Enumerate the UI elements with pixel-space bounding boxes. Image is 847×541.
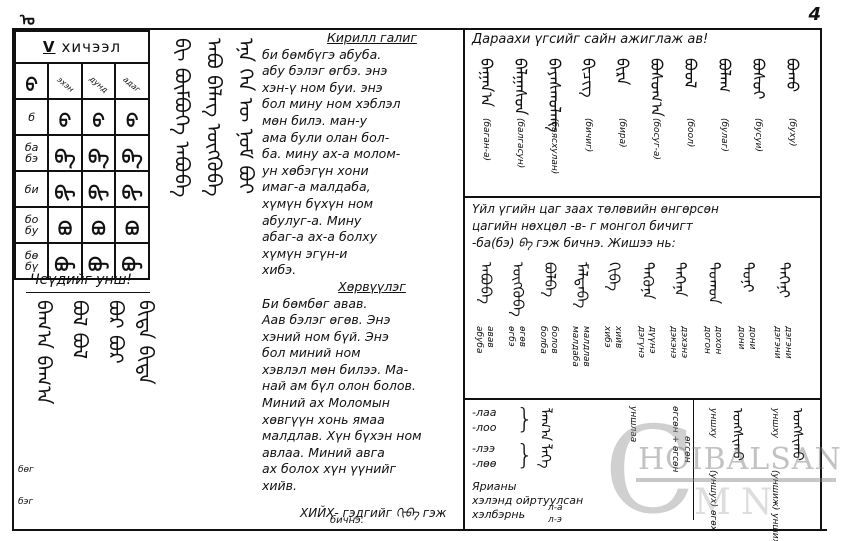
words-panel-title: Дараахи үгсийг сайн ажиглаж ав! [472,32,708,47]
example-original: малдаба [570,326,580,367]
reading-column: ᠪᠢᠳᠡ ᠪᠢᠳᠡ [136,300,156,525]
text-line: ба. мину ах-а молом- [262,146,462,163]
glyph-medial: ᠪ [92,111,104,132]
text-line: хүмүн эгүн-и [262,246,462,263]
watermark-bar [636,478,836,482]
example-original: дэкэнэ [668,326,678,358]
glyph-medial: ᠪᠣ [91,219,105,240]
suffix: -лаа [472,405,496,420]
text-line: имаг-а малдаба, [262,179,462,196]
word-gloss: (бира) [617,118,627,148]
right-example-gloss: (уншиж) унших [770,470,780,541]
text-line: абулуг-а. Мину [262,213,462,230]
text-line: мөн билэ. ман-у [262,113,462,130]
glyph-initial: ᠪᠠ [55,147,76,168]
example-original: догон [702,326,712,354]
example-original: өгбэ [506,326,516,347]
example-original: дэгэни [772,326,782,359]
text-line: хөвгүүн хонь ямаа [262,412,462,429]
mongol-text-column: ᠪᠢ ᠪᠥᠮᠪᠥᠭᠡ ᠠᠪᠤᠪᠠ [172,38,192,523]
example-mongol: ᠳᠡᠬᠡᠨᠡ [672,262,687,297]
text-line: ама були олан бол- [262,130,462,147]
example-mongol: ᠠᠪᠤᠪᠠ [478,262,493,304]
text-line: хэний ном бүй. Энэ [262,329,462,346]
translation-heading: Хөрвүүлэг [282,279,462,296]
example-mongol: ᠬᠢᠪᠡ [606,262,621,291]
reading-title-underline [26,292,150,293]
glyph-initial: ᠪᠢ [55,183,76,204]
word-gloss: (босуг-а) [651,118,661,160]
glyph-final: ᠪᠠ [122,147,143,168]
right-example-gloss: уншху [770,408,780,438]
text-line: Би бөмбөг авав. [262,296,462,313]
word-mongol: ᠪᠢᠴᠢᠭ [580,58,596,98]
syllable: бу [16,225,47,236]
syllable: бэ [16,153,47,164]
suffix: -лээ [472,441,496,456]
example-modern: дүүнэ [647,326,657,354]
example-original: дони [736,326,746,349]
text-line: абу бэлэг өгбэ. энэ [262,63,462,80]
example-modern: дони [747,326,757,349]
footnote-continued: бичнэ. [330,515,364,526]
right-divider-1 [463,196,821,198]
text-line: Аав бэлэг өгөв. Энэ [262,312,462,329]
text-line: хүмүн бүхүн ном [262,196,462,213]
lesson-table: Vхичээл ᠪ эхэн дунд адаг б ᠪ ᠪ ᠪ бабэ ᠪᠠ… [14,30,150,280]
syllable: б [16,112,47,123]
glyph-initial: ᠪᠣ [58,219,72,240]
word-gloss: (баясхулан) [549,118,559,174]
right-example-gloss: (уншух) өгөх [708,470,718,531]
word-gloss: (баган-а) [481,118,491,161]
colloquial-label: хэлэнд ойртуулсан [472,494,583,507]
example-modern: малдлав [581,326,591,367]
text-line: би бөмбүгэ абуба. [262,47,462,64]
glyph-final: ᠪᠢ [122,183,143,204]
right-border [820,28,822,531]
lesson-label: хичээл [62,38,122,56]
text-line: хийв. [262,478,462,495]
footnote: ХИЙХ- гэдгийг ᠬᠢᠪᠡ гэж [300,500,446,521]
reading-column: ᠪᠣᠷ ᠪᠣᠷ [106,300,126,525]
transcription-heading: Кирилл галиг [282,30,462,47]
middle-gloss: өгсөн + өгсөн [670,406,680,472]
word-gloss: (балгасун) [515,118,525,168]
example-modern: өгөв [517,326,527,347]
word-mongol: ᠪᠢᠷᠠ [614,58,630,85]
syllable: бү [16,261,47,272]
lesson-number: V [43,38,56,56]
example-modern: хийв [613,326,623,348]
mongol-text-column: ᠡᠨᠡ ᠬᠡᠨ ᠦ ᠨᠣᠮ ᠪᠤᠢ [236,38,256,523]
colloquial-label: Ярианы [472,480,516,493]
colloquial-label: хэлбэрнь [472,508,525,521]
text-line: ун хөбэгүн хони [262,163,462,180]
example-mongol: ᠥᠭᠭᠦᠪᠡ [510,262,525,317]
table-row: би ᠪᠢ ᠪᠢ ᠪᠢ [15,171,149,207]
text-line: авлаа. Миний авга [262,445,462,462]
example-mongol: ᠳᠣᠨᠢ [740,262,755,292]
word-gloss: (буху) [787,118,797,147]
table-row: б ᠪ ᠪ ᠪ [15,99,149,135]
text-line: бол миний ном [262,345,462,362]
word-mongol: ᠪᠠᠯᠭᠠᠰᠤᠨ [512,58,528,115]
reading-column: ᠪᠣᠯ ᠪᠣᠯ [70,300,90,525]
textbook-page: ᠤ 4 Vхичээл ᠪ эхэн дунд адаг б ᠪ ᠪ ᠪ баб… [0,0,847,541]
example-mongol: ᠮᠠᠯᠳᠠᠪᠠ [574,262,589,308]
word-gloss: (булаг) [719,118,729,152]
header-glyph: ᠪ [26,75,38,96]
example-mongol: ᠳᠣᠬᠣᠨ [706,262,721,304]
example-original: дэгүнэ [636,326,646,358]
text-line: абаг-а ах-а болху [262,229,462,246]
right-example-mongol: ᠤᠩᠰᠢᠬᠤ [790,408,804,461]
example-modern: дэгэни [783,326,793,359]
glyph-final: ᠪᠣ [125,219,139,240]
text-line: бол мину ном хэблэл [262,96,462,113]
example-mongol: ᠪᠣᠯᠪᠠ [542,262,557,297]
right-inner-divider [693,400,694,520]
example-original: абуба [474,326,484,353]
example-modern: дохон [713,326,723,354]
brace-icon: } [516,438,534,471]
cyrillic-transcription-panel: Кирилл галиг би бөмбүгэ абуба. абу бэлэг… [262,30,462,495]
glyph-medial: ᠪᠠ [88,147,109,168]
word-mongol: ᠪᠤᠯᠠᠭ [716,58,732,93]
table-row: бабэ ᠪᠠ ᠪᠠ ᠪᠠ [15,135,149,171]
page-number: 4 [808,4,821,25]
word-gloss: (бусуи) [753,118,763,152]
example-modern: дэхэнэ [679,326,689,358]
word-mongol: ᠪᠠᠭᠠᠨ᠎ᠠ [478,58,494,107]
middle-gloss: уншлаа [628,406,638,442]
word-mongol: ᠪᠣᠣᠯ [682,58,698,88]
suffix-list: -лаа -лоо -лээ -лөө [472,405,496,471]
reading-label: бөг [18,465,34,475]
suffix: -лөө [472,456,496,471]
glyph-medial: ᠪᠢ [88,183,109,204]
text-line: най ам бүл олон болов. [262,378,462,395]
rule-line: цагийн нөхцөл -в- г монгол бичигт [472,219,693,234]
corner-mark: ᠤ [20,2,35,30]
mongol-text-column: ᠠᠪᠤ ᠪᠡᠯᠡᠭ ᠥᠭᠭᠦᠪᠡ [204,38,224,523]
col-header-final: адаг [122,74,143,93]
word-mongol: ᠪᠤᠬᠤ [784,58,800,92]
word-mongol: ᠪᠣᠰᠤᠭ᠎ᠠ [648,58,664,117]
watermark-letter: C [604,412,696,532]
brace-icon: } [516,402,534,435]
reading-label: бэг [18,497,33,507]
reading-title: Чеүдийг унш! [30,272,132,288]
example-original: болба [538,326,548,354]
text-line: ах болох хүн үүнийг [262,461,462,478]
right-divider-2 [463,398,821,400]
col-header-initial: эхэн [55,75,75,94]
example-original: хибэ [602,326,612,348]
glyph-initial: ᠪ [59,111,71,132]
rule-line: Үйл үгийн цаг заах төлөвийн өнгөрсөн [472,202,719,217]
watermark: C HOIBALSAN MN [604,418,844,528]
middle-divider [463,28,465,531]
example-modern: болов [549,326,559,354]
suffix-mongol: ᠯᠡᠭᠡ [538,444,552,469]
example-mongol: ᠳᠡᠭᠦᠨᠡ [640,262,655,300]
suffix: -лоо [472,420,496,435]
lesson-title: Vхичээл [15,31,149,63]
text-line: хибэ. [262,262,462,279]
right-example-gloss: уншху [708,408,718,438]
text-line: хэн-ү ном буи. энэ [262,80,462,97]
text-line: малдлав. Хүн бүхэн ном [262,428,462,445]
text-line: хэвлэл мөн билээ. Ма- [262,362,462,379]
syllable: би [16,184,47,195]
right-example-mongol: ᠤᠩᠰᠢᠬᠤ [730,408,744,461]
example-modern: авав [485,326,495,348]
reading-column: ᠪᠠᠭ᠎ᠠ ᠪᠠᠭ᠎ᠠ [34,300,54,525]
text-line: Миний ах Моломын [262,395,462,412]
word-gloss: (боол) [685,118,695,147]
bottom-border [12,529,827,531]
middle-gloss: өгсөн [682,436,692,463]
glyph-final: ᠪ [126,111,138,132]
suffix-mongol: ᠯᠠᠭ᠎ᠠ [538,408,552,441]
col-header-medial: дунд [88,74,110,94]
rule-line: -ба(бэ) ᠪᠠ гэж бичнэ. Жишээ нь: [472,236,676,251]
example-mongol: ᠳᠡᠭᠡᠨᠢ [776,262,791,298]
table-row: бобу ᠪᠣ ᠪᠣ ᠪᠣ [15,207,149,243]
word-gloss: (бичиг) [583,118,593,152]
word-mongol: ᠪᠤᠰᠤᠢ [750,58,766,99]
colloquial-form: л-э [548,514,562,527]
